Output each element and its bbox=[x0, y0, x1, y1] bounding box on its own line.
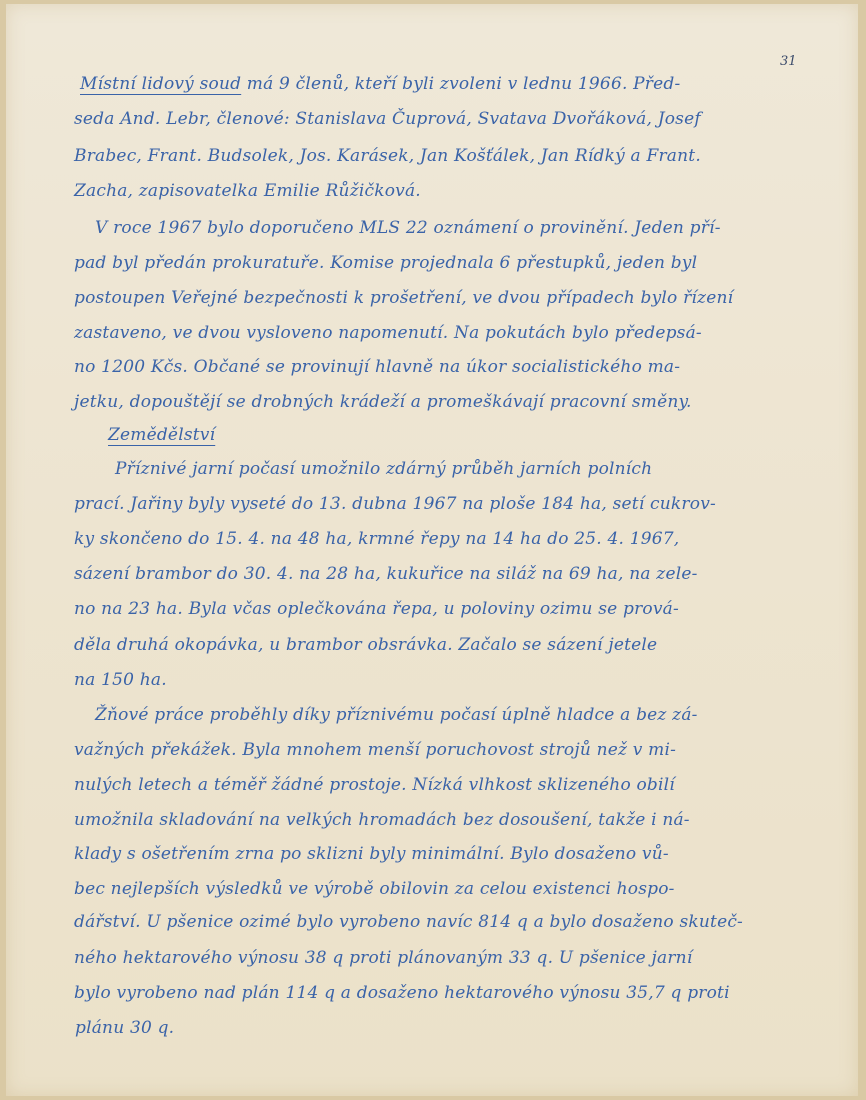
line-text: pad byl předán prokuratuře. Komise proje… bbox=[74, 253, 697, 273]
line-text: bylo vyrobeno nad plán 114 q a dosaženo … bbox=[74, 983, 730, 1003]
line-text: ky skončeno do 15. 4. na 48 ha, krmné ře… bbox=[74, 529, 679, 549]
text-line: Žňové práce proběhly díky příznivému poč… bbox=[95, 705, 698, 725]
text-line: nulých letech a téměř žádné prostoje. Ní… bbox=[74, 775, 675, 795]
text-line: važných překážek. Byla mnohem menší poru… bbox=[74, 740, 676, 760]
section-heading: Zemědělství bbox=[108, 425, 215, 445]
text-line: seda And. Lebr, členové: Stanislava Čupr… bbox=[74, 109, 701, 129]
line-text: nulých letech a téměř žádné prostoje. Ní… bbox=[74, 775, 675, 795]
text-line: bec nejlepších výsledků ve výrobě obilov… bbox=[74, 879, 675, 899]
line-text: sázení brambor do 30. 4. na 28 ha, kukuř… bbox=[74, 564, 698, 584]
text-line: no 1200 Kčs. Občané se provinují hlavně … bbox=[74, 357, 680, 377]
line-text: postoupen Veřejné bezpečnosti k prošetře… bbox=[74, 288, 733, 308]
text-line: bylo vyrobeno nad plán 114 q a dosaženo … bbox=[74, 983, 730, 1003]
line-text: plánu 30 q. bbox=[75, 1018, 174, 1038]
line-text: na 150 ha. bbox=[74, 670, 167, 690]
text-line: no na 23 ha. Byla včas oplečkována řepa,… bbox=[74, 599, 679, 619]
line-text: ného hektarového výnosu 38 q proti pláno… bbox=[74, 948, 692, 968]
section-heading: Zemědělství bbox=[108, 425, 215, 445]
line-text: děla druhá okopávka, u brambor obsrávka.… bbox=[74, 635, 657, 655]
text-line: jetku, dopouštějí se drobných krádeží a … bbox=[74, 392, 692, 412]
line-text: no 1200 Kčs. Občané se provinují hlavně … bbox=[74, 357, 680, 377]
text-line: zastaveno, ve dvou vysloveno napomenutí.… bbox=[74, 323, 702, 343]
line-text: má 9 členů, kteří byli zvoleni v lednu 1… bbox=[241, 74, 680, 94]
line-text: Zacha, zapisovatelka Emilie Růžičková. bbox=[74, 181, 421, 201]
line-text: klady s ošetřením zrna po sklizni byly m… bbox=[74, 844, 669, 864]
text-line: postoupen Veřejné bezpečnosti k prošetře… bbox=[74, 288, 733, 308]
line-text: dářství. U pšenice ozimé bylo vyrobeno n… bbox=[74, 912, 743, 932]
line-text: važných překážek. Byla mnohem menší poru… bbox=[74, 740, 676, 760]
page-number: 31 bbox=[780, 54, 797, 69]
text-line: ného hektarového výnosu 38 q proti pláno… bbox=[74, 948, 692, 968]
text-line: děla druhá okopávka, u brambor obsrávka.… bbox=[74, 635, 657, 655]
text-line: Místní lidový soud má 9 členů, kteří byl… bbox=[80, 74, 680, 94]
line-text: jetku, dopouštějí se drobných krádeží a … bbox=[74, 392, 692, 412]
line-text: Žňové práce proběhly díky příznivému poč… bbox=[95, 705, 698, 725]
text-line: prací. Jařiny byly vyseté do 13. dubna 1… bbox=[74, 494, 716, 514]
text-line: ky skončeno do 15. 4. na 48 ha, krmné ře… bbox=[74, 529, 679, 549]
line-text: zastaveno, ve dvou vysloveno napomenutí.… bbox=[74, 323, 702, 343]
text-line: na 150 ha. bbox=[74, 670, 167, 690]
line-text: Příznivé jarní počasí umožnilo zdárný pr… bbox=[115, 459, 652, 479]
line-text: no na 23 ha. Byla včas oplečkována řepa,… bbox=[74, 599, 679, 619]
text-line: Brabec, Frant. Budsolek, Jos. Karásek, J… bbox=[74, 146, 701, 166]
text-line: Zacha, zapisovatelka Emilie Růžičková. bbox=[74, 181, 421, 201]
line-text: seda And. Lebr, členové: Stanislava Čupr… bbox=[74, 109, 701, 129]
text-line: Příznivé jarní počasí umožnilo zdárný pr… bbox=[115, 459, 652, 479]
text-line: umožnila skladování na velkých hromadách… bbox=[74, 810, 690, 830]
line-text: bec nejlepších výsledků ve výrobě obilov… bbox=[74, 879, 675, 899]
line-text: umožnila skladování na velkých hromadách… bbox=[74, 810, 690, 830]
line-text: V roce 1967 bylo doporučeno MLS 22 oznám… bbox=[95, 218, 721, 238]
section-heading: Místní lidový soud bbox=[80, 74, 241, 94]
text-line: sázení brambor do 30. 4. na 28 ha, kukuř… bbox=[74, 564, 698, 584]
line-text: Brabec, Frant. Budsolek, Jos. Karásek, J… bbox=[74, 146, 701, 166]
text-line: plánu 30 q. bbox=[75, 1018, 174, 1038]
text-line: pad byl předán prokuratuře. Komise proje… bbox=[74, 253, 697, 273]
line-text: prací. Jařiny byly vyseté do 13. dubna 1… bbox=[74, 494, 716, 514]
text-line: klady s ošetřením zrna po sklizni byly m… bbox=[74, 844, 669, 864]
text-line: V roce 1967 bylo doporučeno MLS 22 oznám… bbox=[95, 218, 721, 238]
handwritten-page: 31 Místní lidový soud má 9 členů, kteří … bbox=[6, 4, 858, 1096]
text-line: dářství. U pšenice ozimé bylo vyrobeno n… bbox=[74, 912, 743, 932]
